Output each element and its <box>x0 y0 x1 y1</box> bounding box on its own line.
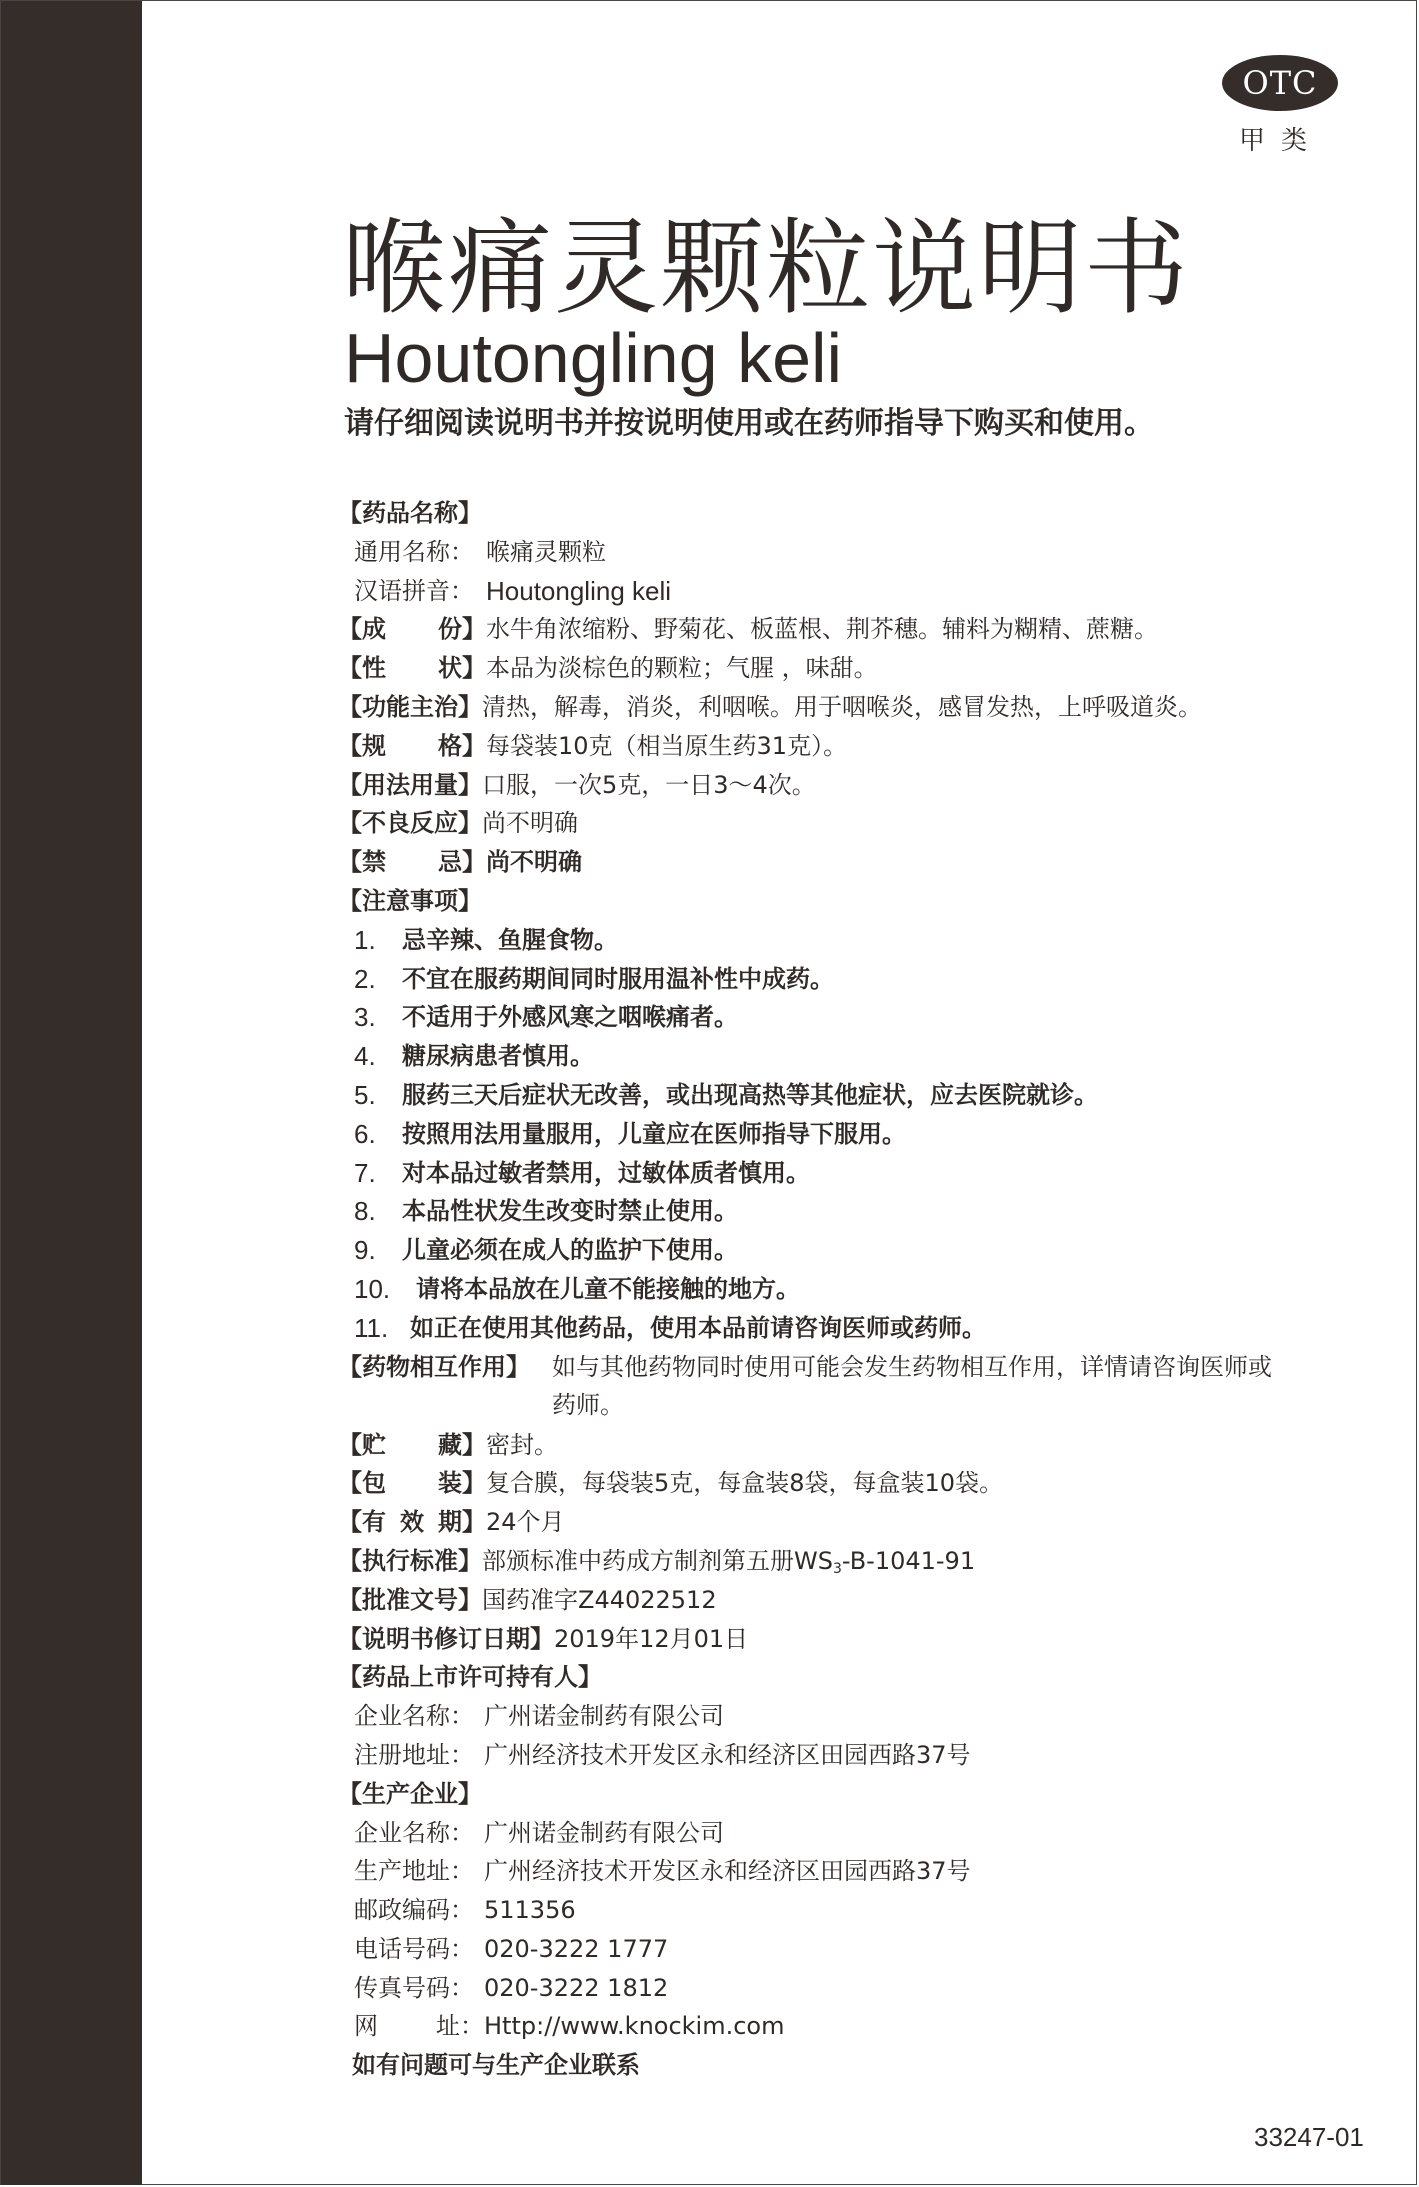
item-text: 本品性状发生改变时禁止使用。 <box>402 1192 738 1231</box>
contraindications-value: 尚不明确 <box>486 843 582 882</box>
item-number: 7. <box>354 1154 402 1193</box>
item-text: 不适用于外感风寒之咽喉痛者。 <box>402 998 738 1037</box>
section-label: 【贮 藏】 <box>338 1426 486 1465</box>
section-adverse-reactions: 【不良反应】 尚不明确 <box>338 804 1398 843</box>
section-indications: 【功能主治】 清热，解毒，消炎，利咽喉。用于咽喉炎，感冒发热，上呼吸道炎。 <box>338 688 1398 727</box>
manufacturer-address-row: 生产地址： 广州经济技术开发区永和经济区田园西路37号 <box>338 1852 1398 1891</box>
contact-note: 如有问题可与生产企业联系 <box>338 2046 1398 2085</box>
adverse-reactions-value: 尚不明确 <box>482 804 578 843</box>
postcode-label: 邮政编码： <box>354 1891 484 1930</box>
label-part: 址： <box>436 2007 484 2046</box>
section-dosage: 【用法用量】 口服，一次5克，一日3～4次。 <box>338 766 1398 805</box>
precaution-item: 10.请将本品放在儿童不能接触的地方。 <box>338 1270 1398 1309</box>
label-part: 【禁 <box>338 843 386 882</box>
website-label: 网 址： <box>354 2007 484 2046</box>
section-label: 【药品名称】 <box>338 494 482 533</box>
mah-address-row: 注册地址： 广州经济技术开发区永和经济区田园西路37号 <box>338 1736 1398 1775</box>
item-number: 8. <box>354 1192 402 1231</box>
item-text: 如正在使用其他药品，使用本品前请咨询医师或药师。 <box>410 1309 986 1348</box>
phone-label: 电话号码： <box>354 1930 484 1969</box>
section-storage: 【贮 藏】 密封。 <box>338 1426 1398 1465</box>
standard-text: 部颁标准中药成方制剂第五册WS <box>482 1547 833 1575</box>
precaution-item: 1.忌辛辣、鱼腥食物。 <box>338 921 1398 960</box>
label-part: 状】 <box>438 649 486 688</box>
side-color-bar <box>1 1 142 2185</box>
mah-company-label: 企业名称： <box>354 1697 484 1736</box>
section-ingredients: 【成 份】 水牛角浓缩粉、野菊花、板蓝根、荆芥穗。辅料为糊精、蔗糖。 <box>338 610 1398 649</box>
revision-date-value: 2019年12月01日 <box>554 1620 748 1659</box>
section-label: 【功能主治】 <box>338 688 482 727</box>
item-number: 6. <box>354 1115 402 1154</box>
label-part: 忌】 <box>438 843 486 882</box>
otc-label: OTC <box>1242 64 1317 102</box>
postcode-row: 邮政编码： 511356 <box>338 1891 1398 1930</box>
section-standard: 【执行标准】 部颁标准中药成方制剂第五册WS3-B-1041-91 <box>338 1542 1398 1581</box>
mah-address-label: 注册地址： <box>354 1736 484 1775</box>
label-part: 【性 <box>338 649 386 688</box>
section-label: 【生产企业】 <box>338 1775 482 1814</box>
mah-company-row: 企业名称： 广州诺金制药有限公司 <box>338 1697 1398 1736</box>
page-title-english: Houtongling keli <box>344 318 842 398</box>
label-part: 【有 <box>338 1503 386 1542</box>
label-part: 【贮 <box>338 1426 386 1465</box>
item-number: 5. <box>354 1076 402 1115</box>
section-label: 【成 份】 <box>338 610 486 649</box>
label-part: 格】 <box>438 727 486 766</box>
phone-value: 020-3222 1777 <box>484 1930 668 1969</box>
usage-notice: 请仔细阅读说明书并按说明使用或在药师指导下购买和使用。 <box>344 402 1154 446</box>
indications-value: 清热，解毒，消炎，利咽喉。用于咽喉炎，感冒发热，上呼吸道炎。 <box>482 688 1202 727</box>
item-number: 4. <box>354 1037 402 1076</box>
section-label: 【用法用量】 <box>338 766 482 805</box>
specification-value: 每袋装10克（相当原生药31克）。 <box>486 727 847 766</box>
phone-row: 电话号码： 020-3222 1777 <box>338 1930 1398 1969</box>
manufacturer-address-label: 生产地址： <box>354 1852 484 1891</box>
label-part: 装】 <box>438 1464 486 1503</box>
item-text: 对本品过敏者禁用，过敏体质者慎用。 <box>402 1154 810 1193</box>
precaution-item: 4.糖尿病患者慎用。 <box>338 1037 1398 1076</box>
postcode-value: 511356 <box>484 1891 576 1930</box>
fax-row: 传真号码： 020-3222 1812 <box>338 1969 1398 2008</box>
item-number: 3. <box>354 998 402 1037</box>
standard-code: -B-1041-91 <box>842 1547 975 1575</box>
precaution-item: 8.本品性状发生改变时禁止使用。 <box>338 1192 1398 1231</box>
pinyin-label: 汉语拼音： <box>354 572 486 611</box>
website-link[interactable]: Http://www.knockim.com <box>484 2007 785 2046</box>
section-specification: 【规 格】 每袋装10克（相当原生药31克）。 <box>338 727 1398 766</box>
section-label: 【禁 忌】 <box>338 843 486 882</box>
manufacturer-address-value: 广州经济技术开发区永和经济区田园西路37号 <box>484 1852 971 1891</box>
otc-class-label: 甲类 <box>1235 120 1327 157</box>
section-label: 【注意事项】 <box>338 882 482 921</box>
website-row: 网 址： Http://www.knockim.com <box>338 2007 1398 2046</box>
section-revision-date: 【说明书修订日期】 2019年12月01日 <box>338 1620 1398 1659</box>
pinyin-value: Houtongling keli <box>486 572 671 611</box>
section-label: 【性 状】 <box>338 649 486 688</box>
label-part: 【规 <box>338 727 386 766</box>
page-title: 喉痛灵颗粒说明书 <box>342 208 1190 328</box>
item-text: 儿童必须在成人的监护下使用。 <box>402 1231 738 1270</box>
label-part: 期】 <box>438 1503 486 1542</box>
packaging-value: 复合膜，每袋装5克，每盒装8袋，每盒装10袋。 <box>486 1464 1003 1503</box>
section-label: 【批准文号】 <box>338 1581 482 1620</box>
label-part: 藏】 <box>438 1426 486 1465</box>
precaution-item: 7.对本品过敏者禁用，过敏体质者慎用。 <box>338 1154 1398 1193</box>
fax-value: 020-3222 1812 <box>484 1969 668 2008</box>
section-label: 【不良反应】 <box>338 804 482 843</box>
section-packaging: 【包 装】 复合膜，每袋装5克，每盒装8袋，每盒装10袋。 <box>338 1464 1398 1503</box>
leaflet-content: 【药品名称】 通用名称： 喉痛灵颗粒 汉语拼音： Houtongling kel… <box>338 494 1398 2085</box>
section-label: 【包 装】 <box>338 1464 486 1503</box>
precaution-item: 6.按照用法用量服用，儿童应在医师指导下服用。 <box>338 1115 1398 1154</box>
standard-value: 部颁标准中药成方制剂第五册WS3-B-1041-91 <box>482 1542 975 1581</box>
section-manufacturer: 【生产企业】 <box>338 1775 1398 1814</box>
precaution-item: 9.儿童必须在成人的监护下使用。 <box>338 1231 1398 1270</box>
item-text: 按照用法用量服用，儿童应在医师指导下服用。 <box>402 1115 906 1154</box>
item-text: 糖尿病患者慎用。 <box>402 1037 594 1076</box>
item-number: 10. <box>354 1270 416 1309</box>
item-number: 1. <box>354 921 402 960</box>
item-text: 请将本品放在儿童不能接触的地方。 <box>416 1270 800 1309</box>
item-number: 2. <box>354 960 402 999</box>
section-label: 【执行标准】 <box>338 1542 482 1581</box>
generic-name-value: 喉痛灵颗粒 <box>486 533 606 572</box>
section-label: 【说明书修订日期】 <box>338 1620 554 1659</box>
section-approval: 【批准文号】 国药准字Z44022512 <box>338 1581 1398 1620</box>
mah-address-value: 广州经济技术开发区永和经济区田园西路37号 <box>484 1736 971 1775</box>
item-text: 不宜在服药期间同时服用温补性中成药。 <box>402 960 834 999</box>
item-text: 忌辛辣、鱼腥食物。 <box>402 921 618 960</box>
section-label: 【规 格】 <box>338 727 486 766</box>
label-part: 【包 <box>338 1464 386 1503</box>
approval-value: 国药准字Z44022512 <box>482 1581 717 1620</box>
dosage-value: 口服，一次5克，一日3～4次。 <box>482 766 816 805</box>
label-part: 【成 <box>338 610 386 649</box>
precaution-item: 2.不宜在服药期间同时服用温补性中成药。 <box>338 960 1398 999</box>
section-appearance: 【性 状】 本品为淡棕色的颗粒；气腥 ，味甜。 <box>338 649 1398 688</box>
precaution-item: 11.如正在使用其他药品，使用本品前请咨询医师或药师。 <box>338 1309 1398 1348</box>
section-label: 【药品上市许可持有人】 <box>338 1658 602 1697</box>
section-interactions: 【药物相互作用】 如与其他药物同时使用可能会发生药物相互作用，详情请咨询医师或药… <box>338 1348 1398 1426</box>
section-label: 【有 效 期】 <box>338 1503 486 1542</box>
section-mah: 【药品上市许可持有人】 <box>338 1658 1398 1697</box>
item-text: 服药三天后症状无改善，或出现高热等其他症状，应去医院就诊。 <box>402 1076 1098 1115</box>
pinyin-row: 汉语拼音： Houtongling keli <box>338 572 1398 611</box>
section-shelf-life: 【有 效 期】 24个月 <box>338 1503 1398 1542</box>
section-drug-name: 【药品名称】 <box>338 494 1398 533</box>
section-precautions: 【注意事项】 <box>338 882 1398 921</box>
manufacturer-company-value: 广州诺金制药有限公司 <box>484 1814 724 1853</box>
interactions-value: 如与其他药物同时使用可能会发生药物相互作用，详情请咨询医师或药师。 <box>552 1348 1282 1426</box>
fax-label: 传真号码： <box>354 1969 484 2008</box>
document-code: 33247-01 <box>1254 2122 1364 2153</box>
section-label: 【药物相互作用】 <box>338 1348 552 1426</box>
manufacturer-company-label: 企业名称： <box>354 1814 484 1853</box>
label-part: 份】 <box>438 610 486 649</box>
otc-oval-icon: OTC <box>1222 55 1338 111</box>
mah-company-value: 广州诺金制药有限公司 <box>484 1697 724 1736</box>
precaution-item: 5.服药三天后症状无改善，或出现高热等其他症状，应去医院就诊。 <box>338 1076 1398 1115</box>
otc-badge: OTC <box>1222 55 1338 113</box>
precaution-item: 3.不适用于外感风寒之咽喉痛者。 <box>338 998 1398 1037</box>
shelf-life-value: 24个月 <box>486 1503 565 1542</box>
standard-subscript: 3 <box>833 1561 842 1577</box>
label-part: 效 <box>400 1503 424 1542</box>
manufacturer-company-row: 企业名称： 广州诺金制药有限公司 <box>338 1814 1398 1853</box>
label-part: 网 <box>354 2007 378 2046</box>
section-contraindications: 【禁 忌】 尚不明确 <box>338 843 1398 882</box>
appearance-value: 本品为淡棕色的颗粒；气腥 ，味甜。 <box>486 649 878 688</box>
generic-name-label: 通用名称： <box>354 533 486 572</box>
ingredients-value: 水牛角浓缩粉、野菊花、板蓝根、荆芥穗。辅料为糊精、蔗糖。 <box>486 610 1158 649</box>
generic-name-row: 通用名称： 喉痛灵颗粒 <box>338 533 1398 572</box>
item-number: 11. <box>354 1309 410 1348</box>
item-number: 9. <box>354 1231 402 1270</box>
storage-value: 密封。 <box>486 1426 558 1465</box>
